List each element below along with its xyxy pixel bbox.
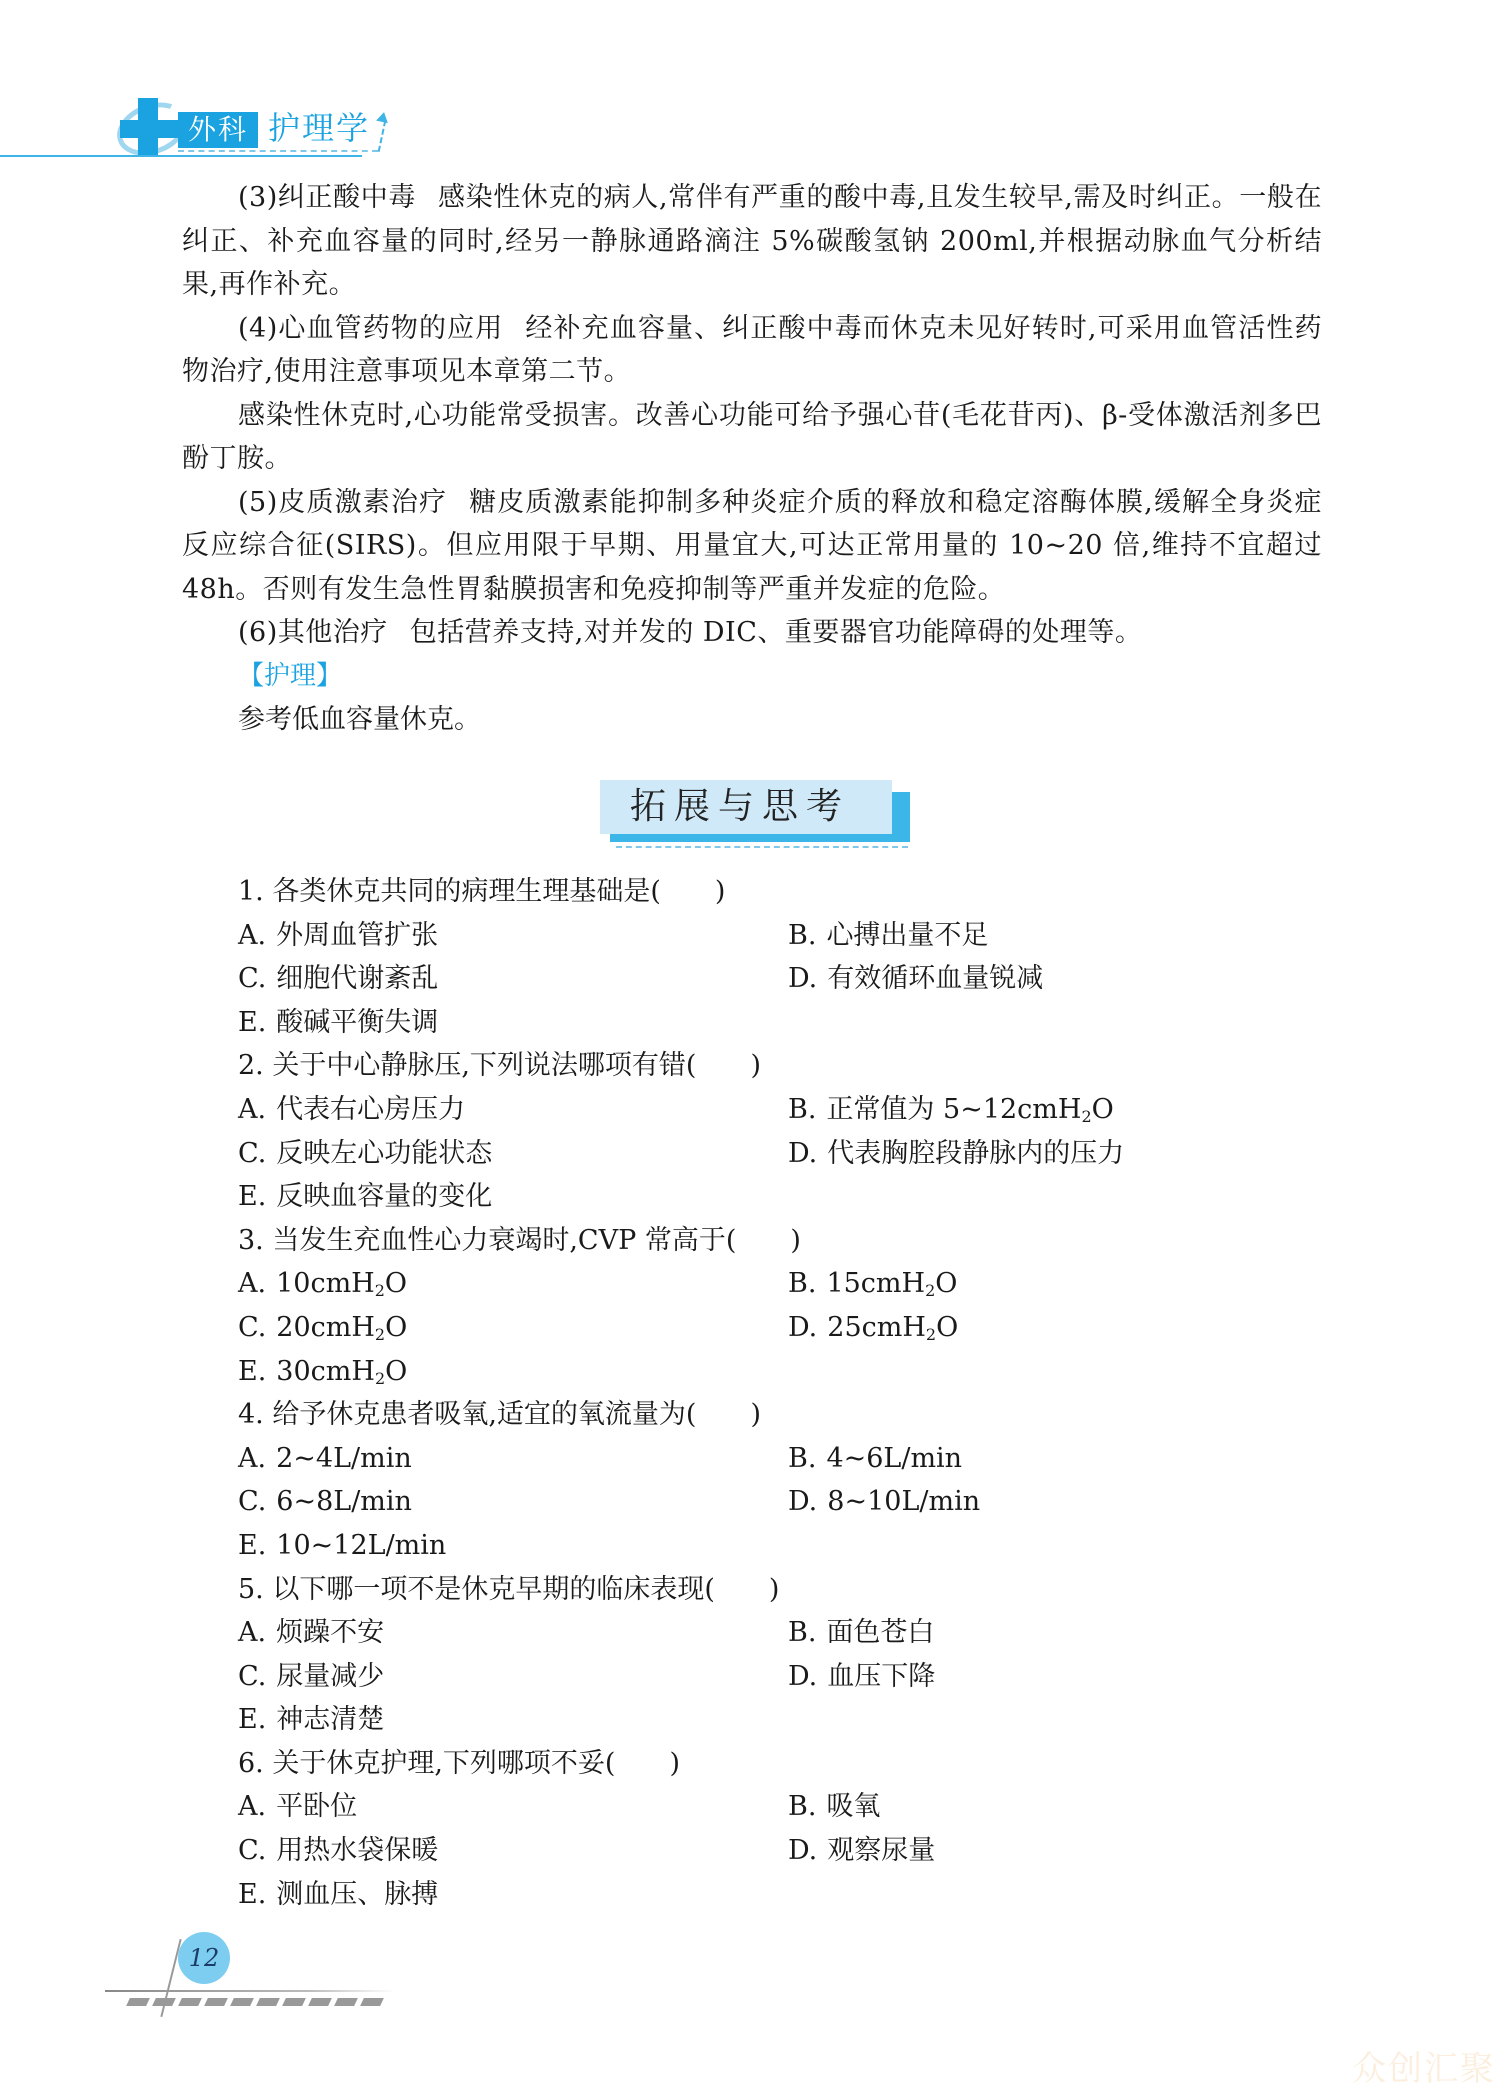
subscript: 2 — [375, 1325, 385, 1344]
question-item: 2. 关于中心静脉压,下列说法哪项有错( )A.代表右心房压力B.正常值为 5~… — [238, 1044, 1238, 1218]
option-text: 酸碱平衡失调 — [276, 1007, 438, 1038]
option-text: 2~4L/min — [276, 1443, 412, 1474]
answer-option: D.有效循环血量锐减 — [788, 957, 1238, 1001]
answer-option: D.代表胸腔段静脉内的压力 — [788, 1132, 1238, 1176]
banner-title: 拓展与思考 — [600, 780, 880, 834]
subscript: 2 — [925, 1281, 935, 1300]
watermark: 众创汇聚 — [1352, 2041, 1496, 2090]
option-text: 烦躁不安 — [276, 1617, 384, 1648]
option-label: D. — [788, 963, 817, 994]
option-label: E. — [238, 1007, 266, 1038]
question-stem: 6. 关于休克护理,下列哪项不妥( ) — [238, 1742, 1238, 1786]
answer-option: B.4~6L/min — [788, 1437, 1238, 1481]
subscript: 2 — [926, 1325, 936, 1344]
option-text: 6~8L/min — [276, 1486, 412, 1517]
option-label: B. — [788, 1791, 816, 1822]
answer-option: C.6~8L/min — [238, 1480, 788, 1524]
answer-option: B.15cmH2O — [788, 1262, 1238, 1306]
question-stem: 2. 关于中心静脉压,下列说法哪项有错( ) — [238, 1044, 1238, 1088]
option-label: B. — [788, 1268, 816, 1299]
answer-option: A.2~4L/min — [238, 1437, 788, 1481]
option-text: 细胞代谢紊乱 — [276, 963, 438, 994]
option-text: 代表右心房压力 — [276, 1094, 465, 1125]
arrow-up-icon — [375, 112, 389, 152]
answer-option: B.吸氧 — [788, 1785, 1238, 1829]
book-title-part1: 外科 — [178, 112, 258, 148]
header-rule — [0, 155, 362, 157]
answer-option: E.反映血容量的变化 — [238, 1175, 1238, 1219]
answer-option: A.10cmH2O — [238, 1262, 788, 1306]
question-stem: 5. 以下哪一项不是休克早期的临床表现( ) — [238, 1568, 1238, 1612]
paragraph-correct-acidosis: (3)纠正酸中毒感染性休克的病人,常伴有严重的酸中毒,且发生较早,需及时纠正。一… — [182, 176, 1322, 307]
answer-option: A.代表右心房压力 — [238, 1088, 788, 1132]
option-text: 20cmH — [276, 1312, 375, 1343]
option-text: 有效循环血量锐减 — [827, 963, 1043, 994]
answer-option: B.心搏出量不足 — [788, 914, 1238, 958]
option-grid: A.代表右心房压力B.正常值为 5~12cmH2OC.反映左心功能状态D.代表胸… — [238, 1088, 1238, 1219]
paragraph-cardiac-function: 感染性休克时,心功能常受损害。改善心功能可给予强心苷(毛花苷丙)、β-受体激活剂… — [182, 394, 1322, 481]
answer-option: C.反映左心功能状态 — [238, 1132, 788, 1176]
option-text: 正常值为 5~12cmH — [826, 1094, 1081, 1125]
nursing-text: 参考低血容量休克。 — [238, 698, 1322, 742]
question-item: 5. 以下哪一项不是休克早期的临床表现( )A.烦躁不安B.面色苍白C.尿量减少… — [238, 1568, 1238, 1742]
option-label: C. — [238, 963, 266, 994]
option-text: 吸氧 — [826, 1791, 880, 1822]
book-title-part2: 护理学 — [268, 108, 370, 148]
answer-option: B.面色苍白 — [788, 1611, 1238, 1655]
option-text: 尿量减少 — [276, 1661, 384, 1692]
option-grid: A.平卧位B.吸氧C.用热水袋保暖D.观察尿量E.测血压、脉搏 — [238, 1785, 1238, 1916]
section-banner: 拓展与思考 — [600, 776, 910, 842]
option-label: C. — [238, 1138, 266, 1169]
option-label: C. — [238, 1486, 266, 1517]
option-label: D. — [788, 1835, 817, 1866]
header-dashed-divider — [178, 150, 378, 152]
option-text: 心搏出量不足 — [826, 920, 988, 951]
subscript: 2 — [375, 1281, 385, 1300]
option-label: A. — [238, 1791, 266, 1822]
subscript: 2 — [375, 1369, 385, 1388]
page-header: 外科 护理学 — [0, 90, 420, 170]
question-item: 4. 给予休克患者吸氧,适宜的氧流量为( )A.2~4L/minB.4~6L/m… — [238, 1393, 1238, 1567]
answer-option: D.血压下降 — [788, 1655, 1238, 1699]
answer-option: E.神志清楚 — [238, 1698, 1238, 1742]
question-item: 3. 当发生充血性心力衰竭时,CVP 常高于( )A.10cmH2OB.15cm… — [238, 1219, 1238, 1393]
option-label: B. — [788, 1443, 816, 1474]
option-grid: A.外周血管扩张B.心搏出量不足C.细胞代谢紊乱D.有效循环血量锐减E.酸碱平衡… — [238, 914, 1238, 1045]
option-text: 4~6L/min — [826, 1443, 962, 1474]
option-text: 25cmH — [827, 1312, 926, 1343]
option-label: D. — [788, 1138, 817, 1169]
option-text: 观察尿量 — [827, 1835, 935, 1866]
question-stem: 1. 各类休克共同的病理生理基础是( ) — [238, 870, 1238, 914]
option-label: D. — [788, 1312, 817, 1343]
answer-option: E.测血压、脉搏 — [238, 1873, 1238, 1917]
answer-option: A.外周血管扩张 — [238, 914, 788, 958]
answer-option: A.平卧位 — [238, 1785, 788, 1829]
answer-option: E.30cmH2O — [238, 1350, 1238, 1394]
question-item: 6. 关于休克护理,下列哪项不妥( )A.平卧位B.吸氧C.用热水袋保暖D.观察… — [238, 1742, 1238, 1916]
option-label: A. — [238, 1617, 266, 1648]
subscript: 2 — [1081, 1107, 1091, 1126]
answer-option: C.用热水袋保暖 — [238, 1829, 788, 1873]
answer-option: C.20cmH2O — [238, 1306, 788, 1350]
option-text: 血压下降 — [827, 1661, 935, 1692]
option-label: B. — [788, 1617, 816, 1648]
option-label: A. — [238, 1443, 266, 1474]
option-text: 8~10L/min — [827, 1486, 980, 1517]
medical-cross-icon — [120, 98, 180, 156]
option-text: 10cmH — [276, 1268, 375, 1299]
option-label: D. — [788, 1661, 817, 1692]
option-text: 10~12L/min — [276, 1530, 446, 1561]
option-text: 代表胸腔段静脉内的压力 — [827, 1138, 1124, 1169]
answer-option: A.烦躁不安 — [238, 1611, 788, 1655]
option-label: E. — [238, 1356, 266, 1387]
footer-rule — [105, 1990, 395, 1992]
footer-dash-decoration — [128, 1998, 382, 2006]
option-text: 测血压、脉搏 — [276, 1879, 438, 1910]
option-text: 用热水袋保暖 — [276, 1835, 438, 1866]
option-text: 反映血容量的变化 — [276, 1181, 492, 1212]
paragraph-cardiovascular-drugs: (4)心血管药物的应用经补充血容量、纠正酸中毒而休克未见好转时,可采用血管活性药… — [182, 307, 1322, 394]
option-label: C. — [238, 1661, 266, 1692]
option-label: A. — [238, 1094, 266, 1125]
option-label: C. — [238, 1312, 266, 1343]
option-label: B. — [788, 1094, 816, 1125]
nursing-section-tag: 【护理】 — [238, 655, 1322, 698]
option-label: B. — [788, 920, 816, 951]
answer-option: E.酸碱平衡失调 — [238, 1001, 1238, 1045]
option-label: A. — [238, 920, 266, 951]
option-text: 面色苍白 — [826, 1617, 934, 1648]
answer-option: E.10~12L/min — [238, 1524, 1238, 1568]
option-label: E. — [238, 1181, 266, 1212]
option-grid: A.2~4L/minB.4~6L/minC.6~8L/minD.8~10L/mi… — [238, 1437, 1238, 1568]
answer-option: C.尿量减少 — [238, 1655, 788, 1699]
body-text: (3)纠正酸中毒感染性休克的病人,常伴有严重的酸中毒,且发生较早,需及时纠正。一… — [182, 176, 1322, 741]
option-text: 平卧位 — [276, 1791, 357, 1822]
option-text: 30cmH — [276, 1356, 375, 1387]
answer-option: B.正常值为 5~12cmH2O — [788, 1088, 1238, 1132]
option-label: E. — [238, 1879, 266, 1910]
option-label: D. — [788, 1486, 817, 1517]
question-item: 1. 各类休克共同的病理生理基础是( )A.外周血管扩张B.心搏出量不足C.细胞… — [238, 870, 1238, 1044]
question-stem: 4. 给予休克患者吸氧,适宜的氧流量为( ) — [238, 1393, 1238, 1437]
option-text: 外周血管扩张 — [276, 920, 438, 951]
question-list: 1. 各类休克共同的病理生理基础是( )A.外周血管扩张B.心搏出量不足C.细胞… — [238, 870, 1238, 1916]
option-text: 反映左心功能状态 — [276, 1138, 492, 1169]
paragraph-corticosteroid: (5)皮质激素治疗糖皮质激素能抑制多种炎症介质的释放和稳定溶酶体膜,缓解全身炎症… — [182, 481, 1322, 612]
option-grid: A.烦躁不安B.面色苍白C.尿量减少D.血压下降E.神志清楚 — [238, 1611, 1238, 1742]
option-label: C. — [238, 1835, 266, 1866]
option-text: 15cmH — [826, 1268, 925, 1299]
option-label: E. — [238, 1530, 266, 1561]
option-label: A. — [238, 1268, 266, 1299]
answer-option: D.8~10L/min — [788, 1480, 1238, 1524]
question-stem: 3. 当发生充血性心力衰竭时,CVP 常高于( ) — [238, 1219, 1238, 1263]
option-label: E. — [238, 1704, 266, 1735]
option-text: 神志清楚 — [276, 1704, 384, 1735]
answer-option: D.观察尿量 — [788, 1829, 1238, 1873]
answer-option: D.25cmH2O — [788, 1306, 1238, 1350]
paragraph-other-treatment: (6)其他治疗包括营养支持,对并发的 DIC、重要器官功能障碍的处理等。 — [182, 611, 1322, 655]
answer-option: C.细胞代谢紊乱 — [238, 957, 788, 1001]
page-number: 12 — [178, 1932, 230, 1984]
page-footer: 12 — [100, 1920, 420, 2010]
option-grid: A.10cmH2OB.15cmH2OC.20cmH2OD.25cmH2OE.30… — [238, 1262, 1238, 1393]
